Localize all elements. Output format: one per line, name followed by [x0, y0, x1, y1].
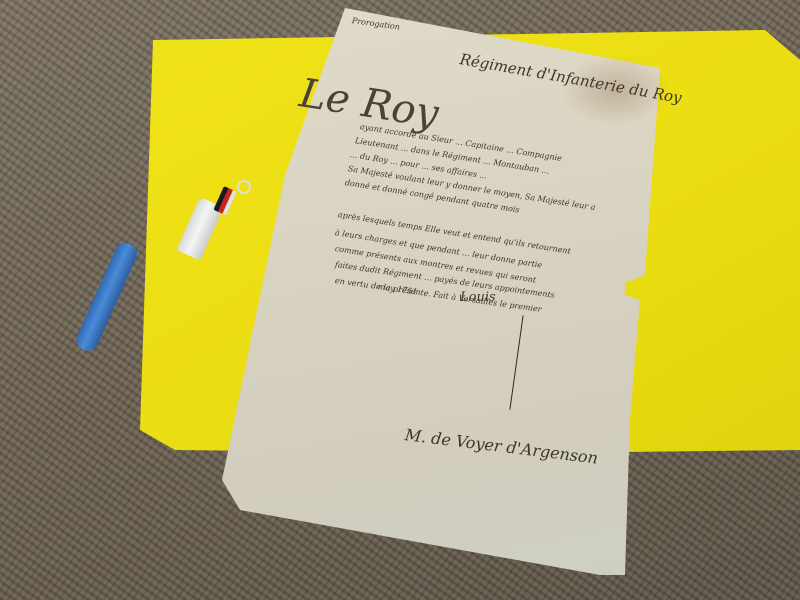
pen-clip-ring — [237, 180, 251, 194]
royal-signature: Louis — [460, 290, 496, 305]
